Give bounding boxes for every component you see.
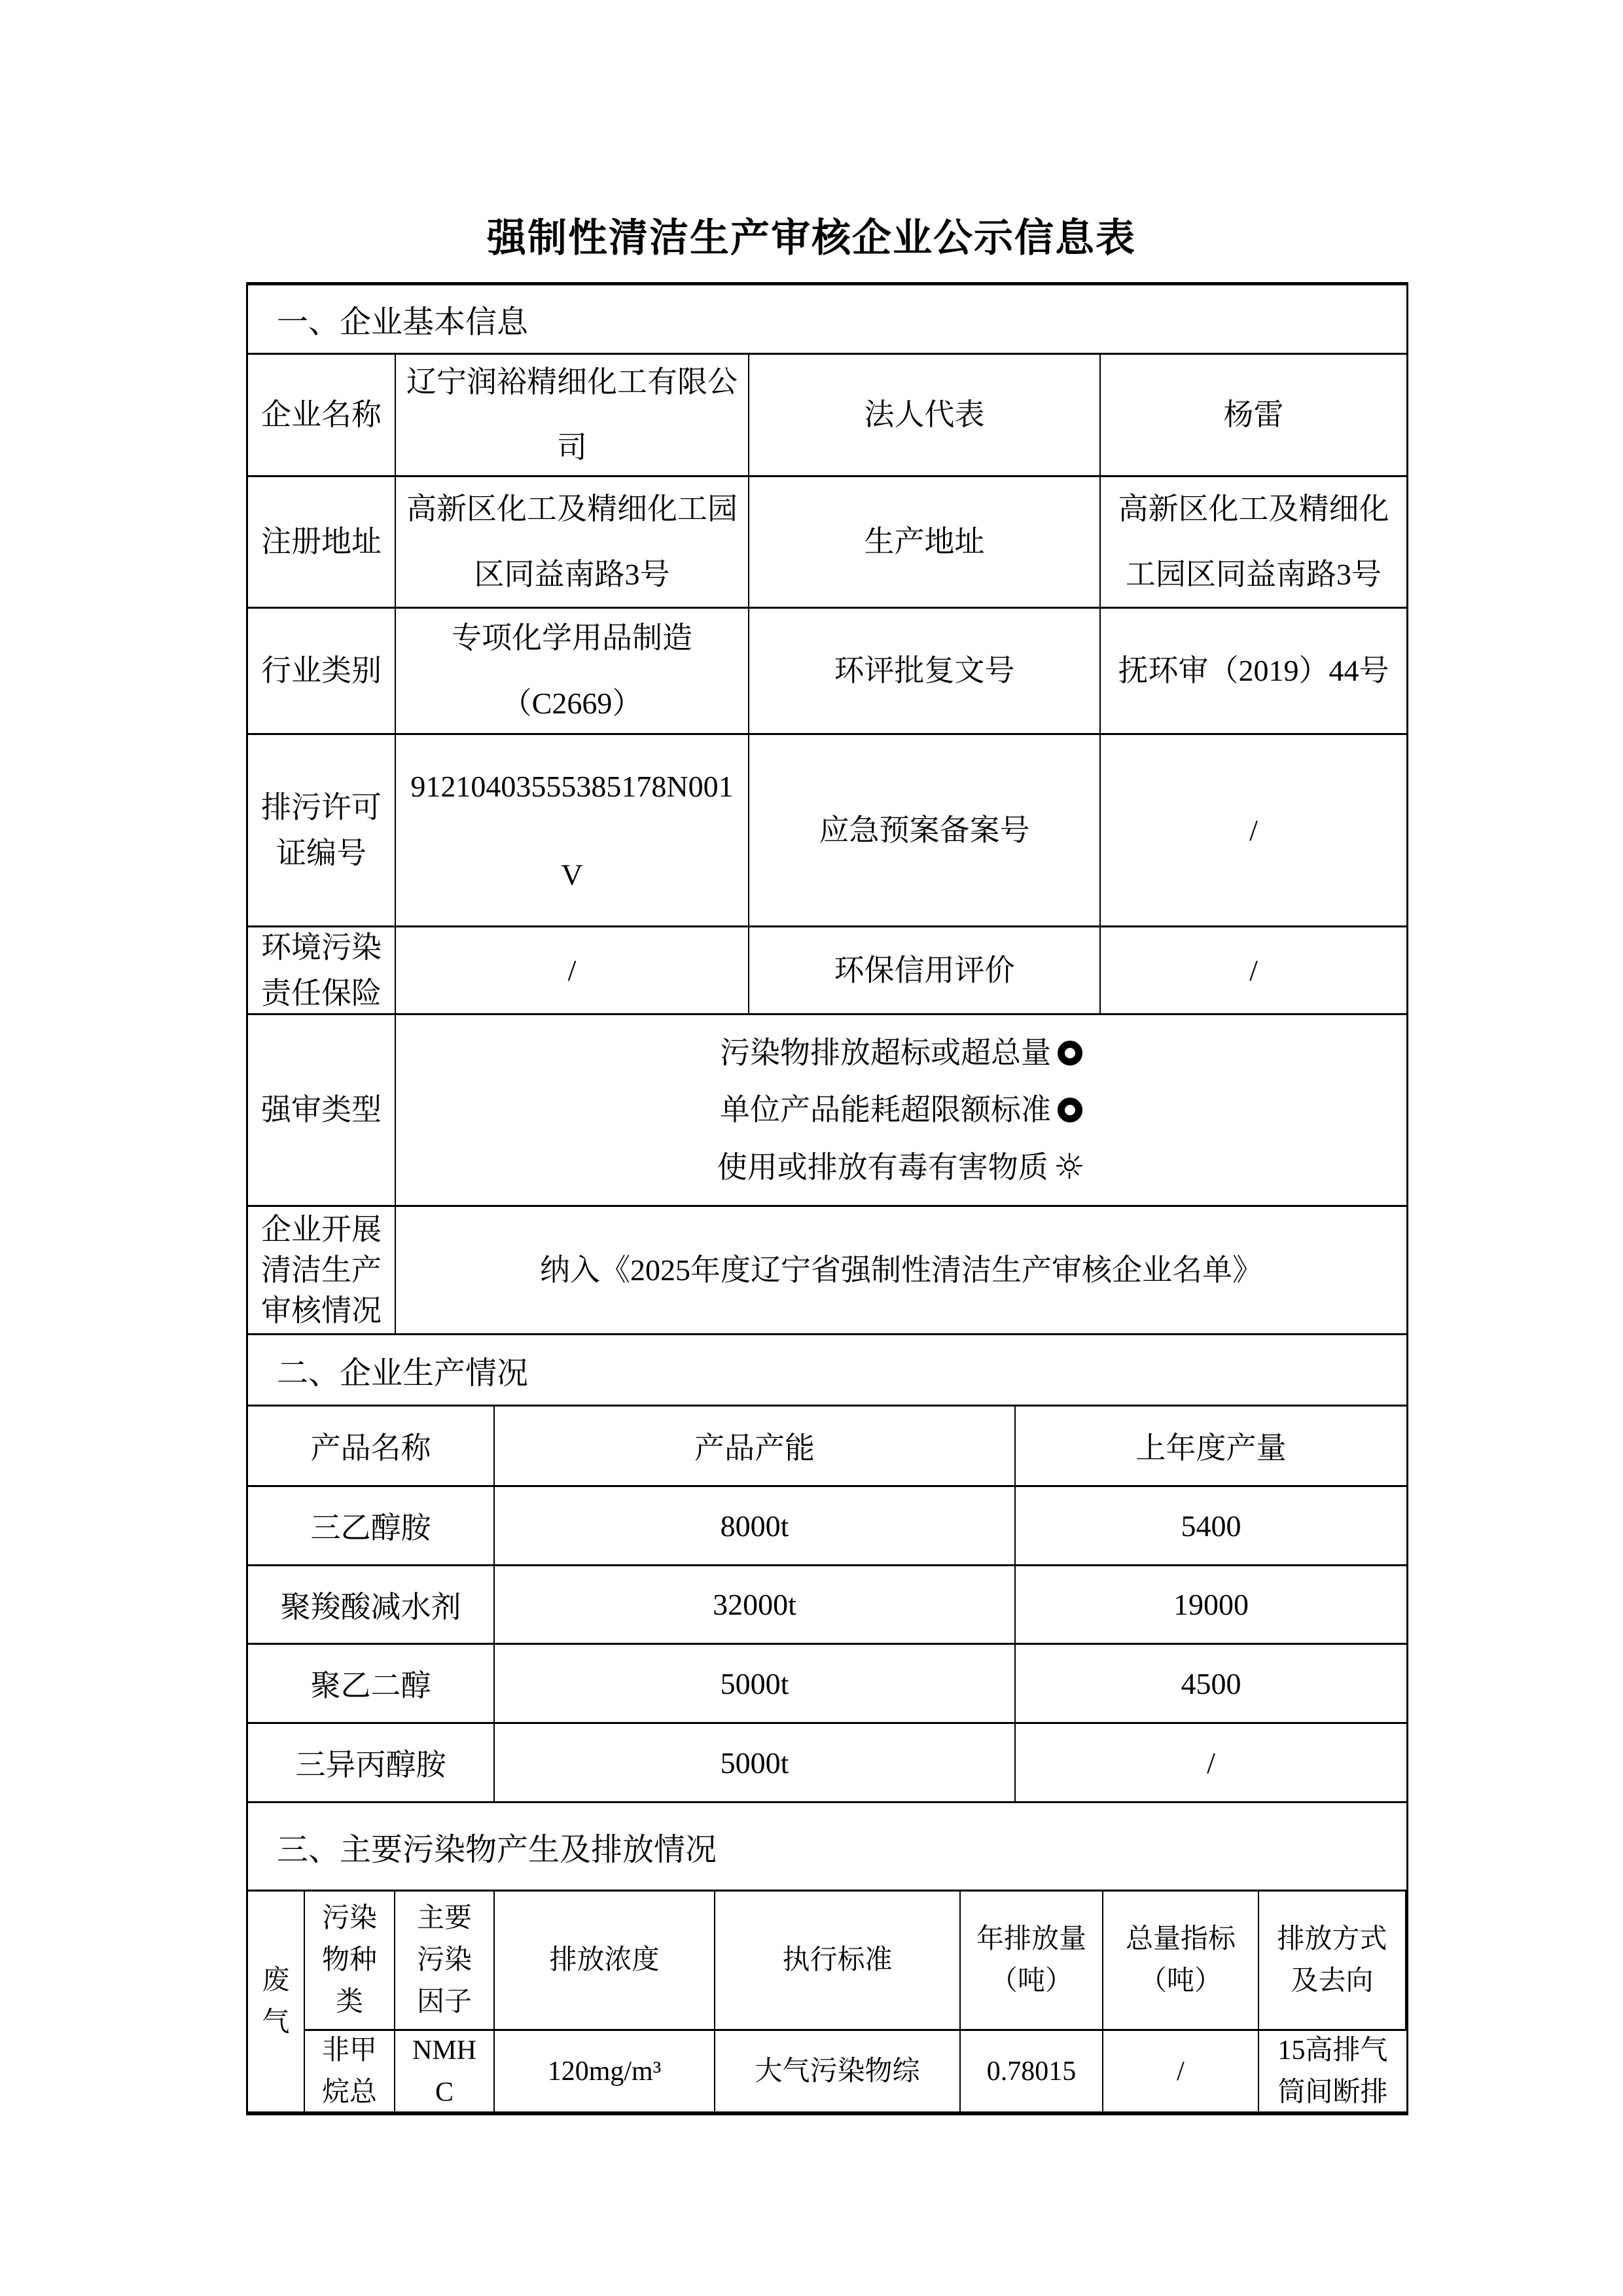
emission-method: 15高排气筒间断排 (1259, 2031, 1406, 2111)
label-audit-status: 企业开展清洁生产审核情况 (248, 1207, 396, 1333)
product-capacity: 32000t (495, 1566, 1016, 1643)
value-eia-approval-number: 抚环审（2019）44号 (1101, 609, 1406, 733)
column-header-last-year-output: 上年度产量 (1016, 1407, 1406, 1485)
pollutant-type: 非甲烷总 (305, 2031, 395, 2111)
section2-heading-row: 二、企业生产情况 (248, 1335, 1406, 1407)
column-header-pollutant-type: 污染物种类 (305, 1892, 395, 2031)
table-row: 排污许可证编号 91210403555385178N001V 应急预案备案号 / (248, 735, 1406, 927)
product-name: 三异丙醇胺 (248, 1724, 495, 1801)
value-audit-status: 纳入《2025年度辽宁省强制性清洁生产审核企业名单》 (396, 1207, 1406, 1333)
label-pollutant-permit-number: 排污许可证编号 (248, 735, 396, 925)
ring-icon (1058, 1041, 1082, 1066)
column-header-product-capacity: 产品产能 (495, 1407, 1016, 1485)
label-legal-representative: 法人代表 (749, 355, 1101, 475)
value-industry-category: 专项化学用品制造（C2669） (396, 609, 749, 733)
waste-gas-category: 废气 (248, 1892, 305, 2111)
label-company-name: 企业名称 (248, 355, 396, 475)
annual-emission: 0.78015 (961, 2031, 1103, 2111)
info-table: 一、企业基本信息 企业名称 辽宁润裕精细化工有限公司 法人代表 杨雷 注册地址 … (246, 282, 1408, 2115)
product-name: 聚羧酸减水剂 (248, 1566, 495, 1643)
pollutant-table: 废气 污染物种类 主要污染因子 排放浓度 执行标准 年排放量（吨） 总量指标（吨… (248, 1892, 1406, 2111)
value-production-address: 高新区化工及精细化工园区同益南路3号 (1101, 477, 1406, 607)
value-pollutant-permit-number: 91210403555385178N001V (396, 735, 749, 925)
product-output: 19000 (1016, 1566, 1406, 1643)
column-header-emission-method: 排放方式及去向 (1259, 1892, 1406, 2031)
audit-type-row: 强审类型 污染物排放超标或超总量 单位产品能耗超限额标准 使用或排放有毒有害物质 (248, 1015, 1406, 1207)
product-output: 4500 (1016, 1645, 1406, 1722)
value-environmental-credit-rating: / (1101, 927, 1406, 1013)
label-industry-category: 行业类别 (248, 609, 396, 733)
audit-option: 单位产品能耗超限额标准 (720, 1092, 1082, 1128)
table-row: 企业名称 辽宁润裕精细化工有限公司 法人代表 杨雷 (248, 355, 1406, 477)
pollutant-factor: NMHC (395, 2031, 495, 2111)
product-name: 三乙醇胺 (248, 1487, 495, 1564)
audit-type-options: 污染物排放超标或超总量 单位产品能耗超限额标准 使用或排放有毒有害物质 (396, 1015, 1406, 1205)
product-capacity: 8000t (495, 1487, 1016, 1564)
product-capacity: 5000t (495, 1724, 1016, 1801)
product-output: 5400 (1016, 1487, 1406, 1564)
label-production-address: 生产地址 (749, 477, 1101, 607)
page-title: 强制性清洁生产审核企业公示信息表 (0, 207, 1623, 263)
audit-option: 污染物排放超标或超总量 (720, 1035, 1082, 1071)
sun-icon (1054, 1149, 1085, 1185)
product-row: 聚羧酸减水剂 32000t 19000 (248, 1566, 1406, 1645)
value-emergency-plan-number: / (1101, 735, 1406, 925)
section3-heading-row: 三、主要污染物产生及排放情况 (248, 1803, 1406, 1892)
label-environment-liability-insurance: 环境污染责任保险 (248, 927, 396, 1013)
column-header-annual-emission: 年排放量（吨） (961, 1892, 1103, 2031)
document-page: 强制性清洁生产审核企业公示信息表 一、企业基本信息 企业名称 辽宁润裕精细化工有… (0, 0, 1623, 2296)
label-eia-approval-number: 环评批复文号 (749, 609, 1101, 733)
label-registered-address: 注册地址 (248, 477, 396, 607)
column-header-total-quota: 总量指标（吨） (1103, 1892, 1259, 2031)
table-row: 环境污染责任保险 / 环保信用评价 / (248, 927, 1406, 1015)
column-header-executed-standard: 执行标准 (715, 1892, 961, 2031)
value-registered-address: 高新区化工及精细化工园区同益南路3号 (396, 477, 749, 607)
product-header-row: 产品名称 产品产能 上年度产量 (248, 1407, 1406, 1487)
label-emergency-plan-number: 应急预案备案号 (749, 735, 1101, 925)
executed-standard: 大气污染物综 (715, 2031, 961, 2111)
emission-concentration: 120mg/m³ (495, 2031, 715, 2111)
product-row: 聚乙二醇 5000t 4500 (248, 1645, 1406, 1724)
value-legal-representative: 杨雷 (1101, 355, 1406, 475)
label-environmental-credit-rating: 环保信用评价 (749, 927, 1101, 1013)
product-name: 聚乙二醇 (248, 1645, 495, 1722)
audit-status-row: 企业开展清洁生产审核情况 纳入《2025年度辽宁省强制性清洁生产审核企业名单》 (248, 1207, 1406, 1335)
audit-option: 使用或排放有毒有害物质 (717, 1149, 1085, 1185)
table-row: 行业类别 专项化学用品制造（C2669） 环评批复文号 抚环审（2019）44号 (248, 609, 1406, 735)
section3-heading: 三、主要污染物产生及排放情况 (248, 1803, 1406, 1890)
product-row: 三异丙醇胺 5000t / (248, 1724, 1406, 1803)
value-company-name: 辽宁润裕精细化工有限公司 (396, 355, 749, 475)
product-output: / (1016, 1724, 1406, 1801)
total-quota: / (1103, 2031, 1259, 2111)
section1-heading-row: 一、企业基本信息 (248, 285, 1406, 355)
column-header-emission-concentration: 排放浓度 (495, 1892, 715, 2031)
ring-icon (1058, 1098, 1082, 1122)
value-environment-liability-insurance: / (396, 927, 749, 1013)
product-row: 三乙醇胺 8000t 5400 (248, 1487, 1406, 1566)
section1-heading: 一、企业基本信息 (248, 285, 1406, 353)
label-audit-type: 强审类型 (248, 1015, 396, 1205)
column-header-main-pollutant-factor: 主要污染因子 (395, 1892, 495, 2031)
section2-heading: 二、企业生产情况 (248, 1335, 1406, 1405)
product-capacity: 5000t (495, 1645, 1016, 1722)
column-header-product-name: 产品名称 (248, 1407, 495, 1485)
table-row: 注册地址 高新区化工及精细化工园区同益南路3号 生产地址 高新区化工及精细化工园… (248, 477, 1406, 609)
